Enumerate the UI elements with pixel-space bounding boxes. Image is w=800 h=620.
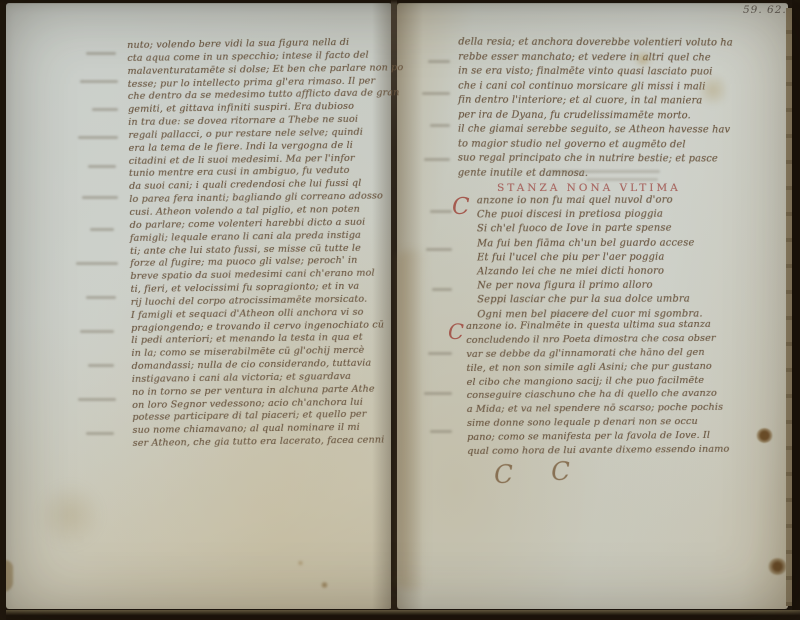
manuscript-line: che i cani col continuo morsicare gli mi… (458, 80, 692, 95)
gutter-shadow-right (397, 3, 423, 609)
left-text-block: nuto; volendo bere vidi la sua figura ne… (127, 36, 385, 450)
poem-block: anzone io non fu mai quel nuvol d'oroChe… (477, 195, 692, 323)
manuscript-line: il che giamai serebbe seguito, se Atheon… (458, 124, 692, 139)
manuscript-line: Seppi lasciar che pur la sua dolce umbra (477, 294, 692, 309)
pen-trial-marks: C C (493, 456, 586, 490)
manuscript-line: della resia; et anchora doverebbe volent… (458, 37, 692, 52)
manuscript-line: anzone io non fu mai quel nuvol d'oro (477, 195, 692, 210)
right-commentary-top: della resia; et anchora doverebbe volent… (458, 37, 693, 183)
photo-edge-bottom (0, 610, 800, 620)
photo-edge-right (792, 0, 800, 620)
right-commentary-bottom: anzone io. Finalmēte in questa ultima su… (466, 319, 693, 460)
folio-number: 59. 62. (743, 4, 787, 16)
manuscript-line: Ma fui ben fiāma ch'un bel guardo accese (477, 237, 692, 252)
manuscript-line: in se era visto; finalmēte vinto quasi l… (458, 66, 692, 81)
manuscript-line: Che puoi discesi in pretiosa pioggia (477, 209, 692, 224)
manuscript-line: suo regal principato che in nutrire best… (458, 153, 692, 168)
manuscript-line: Ne per nova figura il primo alloro (477, 280, 692, 295)
manuscript-line: gente inutile et damnosa. (458, 167, 692, 182)
manuscript-line: Si ch'el fuoco de Iove in parte spense (477, 223, 692, 238)
manuscript-line: Et fui l'ucel che piu per l'aer poggia (477, 251, 692, 266)
manuscript-line: fin dentro l'interiore; et al cuore, in … (458, 95, 692, 110)
manuscript-photo: 59. 62. nuto; volendo bere vidi la sua f… (0, 0, 800, 620)
manuscript-line: to magior studio nel governo et augmēto … (458, 138, 692, 153)
rubric-heading: STANZA NONA VLTIMA (497, 182, 681, 194)
manuscript-line: rebbe esser manchato; et vedere in altri… (458, 51, 692, 66)
commentary-initial-letter: C (448, 320, 464, 344)
manuscript-line: per ira de Dyana, fu crudelissimamēte mo… (458, 109, 692, 124)
photo-edge-top (0, 0, 800, 4)
photo-edge-left (0, 0, 6, 620)
manuscript-line: Alzando lei che ne miei dicti honoro (477, 266, 692, 281)
poem-initial-letter: C (452, 194, 470, 220)
